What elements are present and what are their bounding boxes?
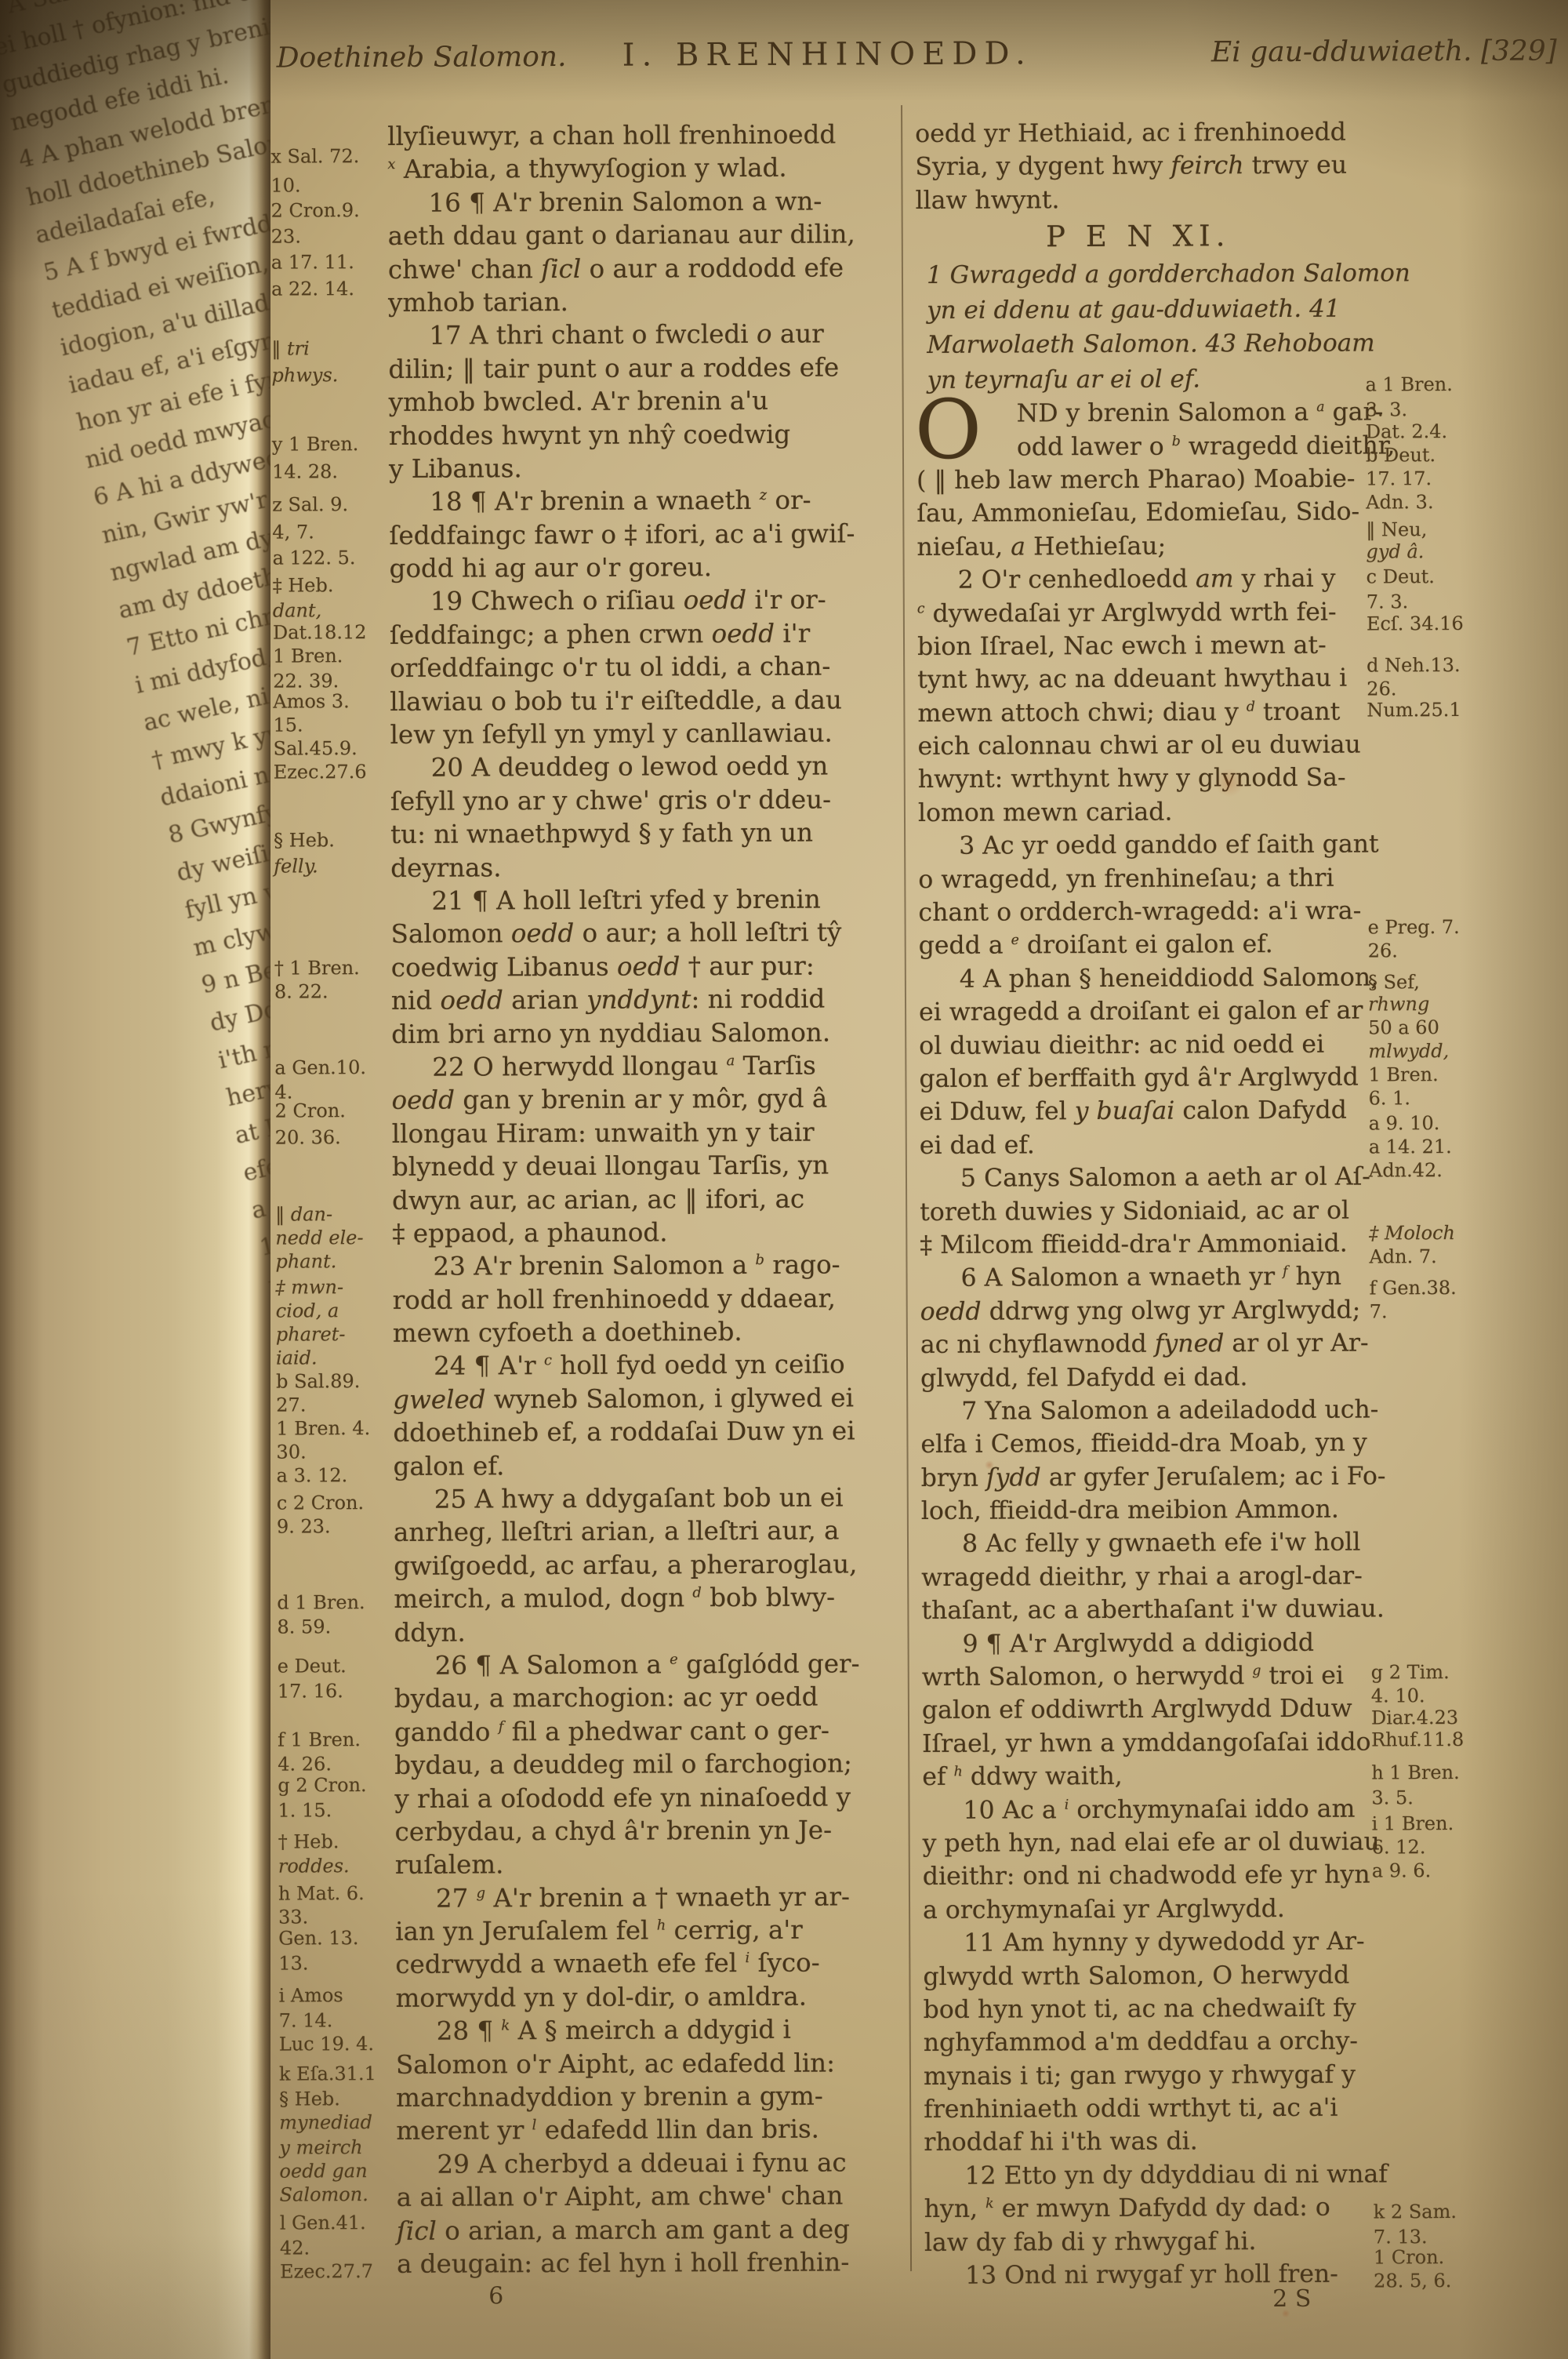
text-line: ian yn Jeruſalem fel h cerrig, a'r — [395, 1913, 913, 1948]
margin-note: dant, — [273, 600, 322, 621]
text-line: 6 A hi a ddywedodd wrth y bre- — [89, 398, 270, 518]
text-line: aeth ddau gant o darianau aur dilin, — [388, 217, 906, 253]
text-line: bydau, a deuddeg mil o farchogion; — [394, 1747, 912, 1782]
text-line: 27 g A'r brenin a † wnaeth yr ar- — [395, 1880, 913, 1915]
text-line: hwynt: wrthynt hwy y glynodd Sa- — [918, 761, 1363, 797]
text-line: dwyn aur, ac arian, ac ‖ ifori, ac — [392, 1182, 909, 1217]
margin-note: 3. 5. — [1371, 1787, 1414, 1808]
text-line: 1 Gwragedd a gordderchadon Salomon — [916, 256, 1361, 293]
text-line: 28 ¶ k A § meirch a ddygid i — [396, 2012, 913, 2048]
text-line: ymhob bwcled. A'r brenin a'u — [389, 383, 906, 419]
text-line: ſefyll yno ar y chwe' gris o'r ddeu- — [390, 783, 908, 818]
text-line: dy Dduw, yr hwn a'th hoffodd — [206, 924, 270, 1043]
margin-note: y 1 Bren. — [272, 434, 359, 455]
margin-note: 28. 5, 6. — [1374, 2270, 1451, 2292]
margin-note: ‖ Neu, — [1366, 519, 1427, 540]
text-line: law dy fab di y rhwygaf hi. — [924, 2224, 1370, 2259]
text-line: ddyn. — [394, 1614, 911, 1649]
margin-note: † 1 Bren. — [274, 958, 360, 979]
text-line: guddiedig rhag y brenin a'r ni fy- — [0, 0, 270, 104]
text-line: llongau Hiram: unwaith yn y tair — [392, 1115, 909, 1150]
text-line: 10 Ac a i orchymynaſai iddo am — [922, 1792, 1367, 1827]
text-line: 8 Ac felly y gwnaeth efe i'w holl — [921, 1526, 1367, 1561]
margin-note: g 2 Tim. — [1371, 1662, 1450, 1683]
text-line: idogion, a'u dillad hwynt, a'i — [56, 248, 270, 367]
margin-note: Gen. 13. — [278, 1928, 358, 1949]
text-line: oedd gan y brenin ar y môr, gyd â — [391, 1081, 909, 1117]
margin-note: 4. 10. — [1371, 1685, 1425, 1707]
text-line: nieſau, a Hethieſau; — [916, 529, 1362, 564]
text-line: wrth Salomon, o herwydd g troi ei — [922, 1659, 1367, 1695]
text-line: o wragedd, yn frenhineſau; a thri — [918, 861, 1363, 896]
margin-note: h 1 Bren. — [1371, 1762, 1460, 1783]
text-line: 3 Ac yr oedd ganddo ef ſaith gant — [918, 828, 1363, 863]
margin-note: 7. — [1370, 1301, 1388, 1322]
margin-note: Diar.4.23 — [1371, 1707, 1458, 1728]
text-line: ef h ddwy waith, — [922, 1759, 1367, 1794]
text-line: ei holl † ofynion: nid oedd dim — [0, 0, 270, 67]
margin-note: f Gen.38. — [1370, 1278, 1457, 1299]
text-line: 11 Am hynny y dywedodd yr Ar- — [923, 1925, 1368, 1961]
margin-note: 50 a 60 — [1368, 1017, 1439, 1038]
text-line: i'th roddi ar o deyrn-gadair Iſrael — [215, 961, 270, 1080]
margin-note: 14. 28. — [272, 461, 338, 482]
margin-note: rhwng — [1368, 994, 1429, 1015]
margin-note: roddes. — [278, 1856, 350, 1877]
text-line: 12 Etto yn dy ddyddiau di ni wnaf — [924, 2157, 1369, 2193]
margin-note: Adn.42. — [1369, 1160, 1443, 1181]
margin-note: † Heb. — [278, 1831, 339, 1852]
margin-note: a 22. 14. — [271, 278, 354, 300]
margin-note: 7. 14. — [279, 2010, 333, 2031]
margin-note: 13. — [278, 1953, 308, 1974]
text-line: efe di yn frenin, i p wneuthur barn — [239, 1074, 270, 1193]
text-line: loch, ffieidd-dra meibion Ammon. — [921, 1493, 1367, 1528]
text-line: i mi ddyfod, ac i'm llygaid — [132, 586, 270, 705]
margin-note: ‖ dan- — [275, 1204, 332, 1225]
text-line: 18 ¶ A'r brenin a wnaeth z or- — [389, 483, 906, 518]
text-line: frenhiniaeth oddi wrthyt ti, ac a'i — [924, 2092, 1369, 2127]
margin-note: phwys. — [271, 365, 338, 386]
text-line: 7 Etto ni chredais y geiriau, i — [123, 548, 270, 667]
margin-note: Adn. 3. — [1366, 492, 1433, 513]
text-line: nid oedd arian ynddynt: ni roddid — [391, 982, 909, 1017]
margin-note: k 2 Sam. — [1374, 2201, 1457, 2223]
margin-note: a 9. 10. — [1369, 1113, 1440, 1134]
text-line: orſeddfaingc o'r tu ol iddi, a chan- — [390, 649, 907, 685]
margin-note: pharet- — [276, 1324, 346, 1345]
margin-note: 8. 59. — [277, 1616, 331, 1637]
margin-note: h Mat. 6. — [278, 1883, 365, 1904]
margin-note: a 1 Bren. — [1366, 374, 1453, 395]
margin-note: felly. — [274, 856, 318, 877]
text-line: galon ef. — [393, 1448, 910, 1483]
text-line: 3 A Salomon a fynegodd iddi — [0, 0, 270, 30]
text-line: bod hyn ynot ti, ac na chedwaiſt fy — [924, 1991, 1369, 2026]
text-line: 25 A hwy a ddygaſant bob un ei — [394, 1481, 911, 1516]
margin-note: 17. 17. — [1366, 468, 1432, 489]
curled-page-text: oll oedd e yn ei chalon, a ddaeth3 A Sal… — [0, 0, 270, 2243]
text-line: oedd ddrwg yng olwg yr Arglwydd; — [920, 1293, 1366, 1329]
text-line: a deugain: ac fel hyn i holl frenhin- — [397, 2245, 914, 2281]
text-line: chant o ordderch-wragedd: a'i wra- — [918, 895, 1363, 930]
margin-note: 22. 39. — [273, 671, 339, 692]
text-line: coedwig Libanus oedd † aur pur: — [391, 949, 909, 984]
text-line: tu: ni wnaethpwyd § y fath yn un — [390, 816, 908, 851]
text-line: 16 ¶ A'r brenin Salomon a wn- — [387, 184, 905, 220]
text-line: ruſalem. — [395, 1846, 913, 1881]
text-line: 29 A cherbyd a ddeuai i fynu ac — [396, 2146, 913, 2181]
text-line: ngwlad am dy ymadroddion di, — [107, 474, 270, 593]
margin-note: 30. — [276, 1441, 306, 1463]
margin-note: Dat.18.12 — [273, 622, 367, 644]
text-line: toreth duwies y Sidoniaid, ac ar ol — [920, 1194, 1365, 1229]
text-line: y peth hyn, nad elai efe ar ol duwiau — [923, 1825, 1368, 1860]
text-line: Salomon oedd o aur; a holl leſtri tŷ — [391, 915, 909, 951]
text-line: marchnadyddion y brenin a gym- — [396, 2079, 913, 2114]
text-line: 5 Canys Salomon a aeth ar ol Aſ- — [920, 1161, 1365, 1196]
text-line: Syria, y dygent hwy feirch trwy eu — [915, 149, 1360, 184]
text-line: glwydd, fel Dafydd ei dad. — [920, 1360, 1366, 1395]
text-line: † mwy k yw dy ddoethineb a'th — [148, 661, 270, 780]
text-line: Iſrael, yr hwn a ymddangoſaſai iddo — [922, 1725, 1367, 1761]
text-line: chwe' chan ſicl o aur a roddodd efe — [388, 251, 906, 286]
text-line: morwydd yn y dol-dir, o amldra. — [395, 1979, 913, 2015]
text-line: mewn attoch chwi; diau y d troant — [917, 695, 1363, 730]
text-line: 23 A'r brenin Salomon a b rago- — [392, 1248, 909, 1283]
signature-mark-left: 6 — [488, 2282, 503, 2310]
text-line: ei dad ef. — [920, 1127, 1365, 1162]
text-line: dim bri arno yn nyddiau Salomon. — [391, 1016, 909, 1051]
margin-note: i Amos — [278, 1985, 343, 2006]
margin-note: ‡ Heb. — [273, 575, 334, 596]
text-line: ‡ eppaod, a phaunod. — [392, 1215, 909, 1250]
margin-note: c Deut. — [1367, 566, 1435, 587]
margin-note: 1. 15. — [278, 1800, 332, 1821]
text-line: ei wragedd a droiſant ei galon ef ar — [919, 994, 1364, 1030]
text-line: merent yr l edafedd llin dan bris. — [396, 2112, 913, 2147]
text-line: nid oedd mwyach yſpryd ynddi. — [82, 361, 270, 480]
text-line: gwiſgoedd, ac arfau, a pheraroglau, — [394, 1547, 911, 1583]
curled-previous-page: oll oedd e yn ei chalon, a ddaeth3 A Sal… — [0, 0, 270, 2359]
text-line: Salomon o'r Aipht, ac edafedd lin: — [396, 2046, 913, 2081]
text-line: a chyfiawnder. — [248, 1111, 270, 1230]
margin-note: oedd gan — [279, 2161, 367, 2182]
text-line: y Libanus. — [389, 450, 906, 485]
margin-note: 1 Cron. — [1374, 2247, 1444, 2268]
text-line: rodd ar holl frenhinoedd y ddaear, — [393, 1281, 910, 1317]
left-text-column: llyſieuwyr, a chan holl frenhinoeddx Ara… — [387, 118, 914, 2281]
text-line: ſeddfaingc; a phen crwn oedd i'r — [390, 616, 907, 652]
margin-note: mlwydd, — [1368, 1041, 1449, 1062]
margin-note: y meirch — [279, 2137, 362, 2158]
margin-note: i 1 Bren. — [1372, 1813, 1454, 1834]
text-line: deyrnas. — [390, 849, 908, 885]
margin-note: d 1 Bren. — [277, 1592, 365, 1613]
text-line: ſau, Ammonieſau, Edomieſau, Sido- — [916, 496, 1362, 531]
margin-note: § Heb. — [279, 2088, 340, 2110]
margin-note: 8. 22. — [274, 981, 328, 1002]
text-line: dieithr: ond ni chadwodd efe yr hyn — [923, 1859, 1368, 1894]
text-line: odd lawer o b wragedd dieithr, — [916, 429, 1362, 464]
text-line: 24 ¶ A'r c holl fyd oedd yn ceiſio — [393, 1348, 910, 1383]
text-line: galon ef berffaith gyd â'r Arglwydd — [919, 1061, 1364, 1096]
margin-note: Num.25.1 — [1367, 700, 1461, 722]
margin-note: phant. — [275, 1251, 336, 1272]
text-line: ganddo f fil a phedwar cant o ger- — [394, 1714, 912, 1749]
text-line: ei Dduw, fel y buaſai calon Dafydd — [920, 1094, 1365, 1129]
margin-note: a 17. 11. — [271, 252, 354, 273]
text-line: Marwolaeth Salomon. 43 Rehoboam — [916, 326, 1361, 363]
text-line: galon ef oddiwrth Arglwydd Dduw — [922, 1692, 1367, 1728]
margin-note: 7. 3. — [1367, 591, 1409, 612]
margin-note: ‡ mwn- — [276, 1277, 344, 1298]
margin-note: e Deut. — [278, 1656, 347, 1677]
margin-note: d Neh.13. — [1367, 655, 1461, 677]
text-line: 21 ¶ A holl leſtri yfed y brenin — [390, 882, 908, 918]
margin-note: a 122. 5. — [272, 547, 355, 569]
running-head-title: I. BRENHINOEDD. — [622, 35, 1033, 73]
margin-note: 20. 36. — [275, 1127, 341, 1148]
margin-note: 1 Bren. 4. — [276, 1418, 370, 1440]
right-margin-notes: a 1 Bren.3. 3.Dat. 2.4.b Deut.17. 17.Adn… — [1359, 0, 1568, 2357]
text-line: llawiau o bob tu i'r eiſteddle, a dau — [390, 683, 907, 718]
text-line: at Iſrael yn dragywydd, y goſod — [231, 1036, 270, 1155]
text-line: r chwech ugain talent o aur, a pher- — [264, 1186, 270, 1305]
text-line: 4 A phan § heneiddiodd Salomon, — [919, 961, 1364, 996]
text-line: 6 A Salomon a wnaeth yr f hyn — [920, 1260, 1365, 1296]
text-line: lew yn ſefyll yn ymyl y canllawiau. — [390, 716, 907, 751]
margin-note: a 3. 12. — [277, 1465, 348, 1486]
text-line: elfa i Cemos, ffieidd-dra Moab, yn y — [920, 1427, 1366, 1462]
margin-note: Rhuf.11.8 — [1371, 1729, 1464, 1751]
text-line: blynedd y deuai llongau Tarſis, yn — [392, 1148, 909, 1183]
text-line: adeiladaſai efe, — [31, 136, 270, 255]
text-line: nin, Gwir yw'r gair a glywais yn — [98, 436, 270, 555]
text-line: rhoddaf hi i'th was di. — [924, 2125, 1369, 2160]
margin-note: 4, 7. — [272, 522, 314, 543]
text-line: dy weiſion hyn, y l rhai ſydd yn — [173, 773, 270, 892]
text-line: P E N XI. — [916, 216, 1361, 258]
text-line: 10 A hi a q roddes i'r brenin — [256, 1149, 270, 1268]
text-line: 17 A thri chant o fwcledi o aur — [388, 317, 906, 352]
text-line: ſicl o arian, a march am gant a deg — [397, 2212, 914, 2248]
margin-note: 1 Bren. — [1368, 1064, 1438, 1085]
text-line: thaſant, ac a aberthaſant i'w duwiau. — [921, 1593, 1367, 1628]
margin-note: 23. — [271, 226, 301, 247]
text-line: ddoethineb ef, a roddaſai Duw yn ei — [393, 1414, 910, 1449]
text-line: ‡ Milcom ffieidd-dra'r Ammoniaid. — [920, 1227, 1365, 1262]
margin-note: Amos 3. — [273, 691, 350, 712]
text-line: ol duwiau dieithr: ac nid oedd ei — [919, 1027, 1364, 1063]
text-line: negodd efe iddi hi. — [6, 23, 270, 142]
margin-note: iaid. — [276, 1347, 318, 1369]
text-line: 22 O herwydd llongau a Tarſis — [391, 1049, 909, 1084]
text-line: ddaioni nâ'r glod a glywais i. — [156, 699, 270, 818]
text-line: rhoddes hwynt yn nhŷ coedwig — [389, 417, 906, 453]
margin-note: e Preg. 7. — [1368, 917, 1460, 939]
margin-note: b Deut. — [1366, 445, 1436, 466]
margin-note: f 1 Bren. — [278, 1729, 361, 1750]
text-line: nghyfammod a'm deddfau a orchy- — [924, 2025, 1369, 2060]
margin-note: 3. 3. — [1366, 399, 1408, 420]
margin-note: l Gen.41. — [280, 2212, 366, 2234]
text-line: anrheg, lleſtri arian, a lleſtri aur, a — [394, 1514, 911, 1549]
text-line: a orchymynaſai yr Arglwydd. — [923, 1892, 1368, 1927]
text-line: ND y brenin Salomon a a gar- — [916, 396, 1362, 431]
margin-note: § Heb. — [274, 830, 335, 851]
text-line: 26 ¶ A Salomon a e gaſglódd ger- — [394, 1647, 912, 1682]
text-line: ( ‖ heb law merch Pharao) Moabie- — [916, 462, 1362, 497]
text-line: bydau, a marchogion: ac yr oedd — [394, 1680, 912, 1715]
page-main: Doethineb Salomon. I. BRENHINOEDD. Ei ga… — [265, 0, 1568, 2359]
text-line: hyn, k er mwyn Dafydd dy dad: o — [924, 2191, 1370, 2226]
text-line: godd hi ag aur o'r goreu. — [390, 550, 907, 585]
text-line: ymhob tarian. — [388, 284, 906, 319]
margin-note: a Gen.10. — [274, 1057, 366, 1079]
text-line: mewn cyfoeth a doethineb. — [393, 1314, 910, 1350]
margin-note: Ezec.27.6 — [274, 761, 367, 783]
text-line: tynt hwy, ac na ddeuant hwythau i — [917, 662, 1363, 697]
text-line: c dywedaſai yr Arglwydd wrth fei- — [917, 595, 1363, 631]
margin-note: § Sef, — [1368, 972, 1420, 993]
text-line: a ai allan o'r Aipht, am chwe' chan — [397, 2179, 914, 2214]
text-line: yn teyrnaſu ar ei ol ef. — [916, 361, 1361, 398]
margin-note: 15. — [273, 714, 303, 736]
margin-note: 10. — [270, 175, 300, 196]
margin-note: Sal.45.9. — [274, 738, 358, 759]
text-line: wragedd dieithr, y rhai a arogl-dar- — [921, 1559, 1367, 1594]
margin-note: Adn. 7. — [1369, 1246, 1436, 1267]
text-line: ſeddfaingc fawr o ‡ ifori, ac a'i gwiſ- — [389, 517, 906, 552]
text-line: 9 ¶ A'r Arglwydd a ddigiodd — [921, 1626, 1367, 1661]
margin-note: 6. 12. — [1372, 1837, 1426, 1858]
margin-note: c 2 Cron. — [277, 1492, 364, 1514]
text-line: 5 A f bwyd ei fwrdd, ac ei- — [40, 173, 270, 293]
margin-note: 26. — [1368, 940, 1398, 961]
text-line: 19 Chwech o riſiau oedd i'r or- — [390, 583, 907, 619]
margin-note: ciod, a — [276, 1300, 339, 1321]
text-line: yn ei ddenu at gau-dduwiaeth. 41 — [916, 291, 1361, 328]
text-line: am dy ddoethineb. — [114, 511, 270, 630]
margin-note: 7. 13. — [1374, 2226, 1428, 2248]
text-line: x Arabia, a thywyſogion y wlad. — [387, 151, 905, 186]
text-line: gweled wyneb Salomon, i glywed ei — [393, 1381, 910, 1416]
text-line: llaw hwynt. — [915, 182, 1360, 217]
text-line: 4 A phan welodd brenhines Seba — [15, 60, 270, 180]
text-line: 8 Gwynfyd dy wyr di, gwyn- — [165, 736, 270, 855]
text-line: llyſieuwyr, a chan holl frenhinoedd — [387, 118, 905, 153]
margin-note: mynediad — [279, 2112, 372, 2134]
margin-note: Salomon. — [280, 2184, 368, 2205]
margin-note: nedd ele- — [275, 1227, 363, 1249]
left-margin-notes: x Sal. 72.10.2 Cron.9.23.a 17. 11.a 22. … — [265, 2, 394, 2359]
right-text-column: oedd yr Hethiaid, ac i frenhinoeddSyria,… — [915, 116, 1370, 2293]
margin-note: 9. 23. — [277, 1516, 331, 1537]
margin-note: 27. — [276, 1394, 306, 1416]
text-line: ac ni chyflawnodd fyned ar ol yr Ar- — [920, 1327, 1366, 1362]
margin-note: 6. 1. — [1368, 1088, 1410, 1109]
margin-note: 2 Cron.9. — [271, 200, 360, 221]
text-line: lomon mewn cariad. — [918, 794, 1363, 830]
text-line: bion Iſrael, Nac ewch i mewn at- — [917, 628, 1363, 663]
signature-mark-right: 2 S — [1272, 2285, 1311, 2313]
margin-note: 4. 26. — [278, 1754, 332, 1775]
margin-note: b Sal.89. — [276, 1371, 360, 1392]
text-line: gedd a e droiſant ei galon ef. — [919, 928, 1364, 963]
text-line: eich calonnau chwi ar ol eu duwiau — [918, 729, 1363, 764]
text-line: ac wele, ni fynegaſid i mi'r hanner — [140, 623, 270, 743]
text-line: 9 n Bendigedig fyddo'r Arglwydd — [198, 886, 270, 1005]
text-line: y rhai a oſododd efe yn ninaſoedd y — [394, 1780, 912, 1816]
text-line: teddiad ei weiſion, a threfn ei — [48, 211, 270, 330]
text-line: herwydd cariad yr Arglwydd — [223, 998, 270, 1118]
margin-note: 42. — [280, 2237, 310, 2259]
text-line: cedrwydd a wnaeth efe fel i ſyco- — [395, 1946, 913, 1982]
margin-note: 17. 16. — [278, 1681, 343, 1702]
text-line: oedd yr Hethiaid, ac i frenhinoedd — [915, 116, 1360, 151]
margin-note: Ezec.27.7 — [280, 2261, 373, 2283]
text-line: iadau ef, a'i eſgynfa, ar h hyd — [65, 285, 270, 405]
text-line: dilin; ‖ tair punt o aur a roddes efe — [388, 351, 906, 386]
text-line: 2 O'r cenhedloedd am y rhai y — [917, 562, 1363, 598]
text-line: hon yr ai efe i fynu i dŷ'r Arglwydd — [73, 323, 270, 442]
margin-note: a 9. 6. — [1372, 1860, 1431, 1881]
margin-note: Dat. 2.4. — [1366, 421, 1447, 442]
text-line: meirch, a mulod, dogn d bob blwy- — [394, 1580, 911, 1616]
margin-note: Ecſ. 34.16 — [1367, 613, 1464, 635]
margin-note: x Sal. 72. — [270, 146, 359, 167]
text-line: bryn ſydd ar gyfer Jeruſalem; ac i Fo- — [921, 1459, 1367, 1495]
margin-note: 1 Bren. — [273, 645, 343, 667]
margin-note: g 2 Cron. — [278, 1775, 366, 1796]
text-line: holl ddoethineb Salomon, a'r tŷ — [24, 98, 270, 217]
book-page-photo: oll oedd e yn ei chalon, a ddaeth3 A Sal… — [0, 0, 1568, 2359]
text-line: glwydd wrth Salomon, O herwydd — [923, 1958, 1368, 1994]
margin-note: k Eſa.31.1 — [279, 2063, 376, 2085]
margin-note: ‖ tri — [271, 338, 310, 359]
margin-note: 26. — [1367, 678, 1396, 700]
text-line: 20 A deuddeg o lewod oedd yn — [390, 749, 908, 784]
margin-note: 33. — [278, 1906, 308, 1928]
text-line: cerbydau, a chyd â'r brenin yn Je- — [395, 1813, 913, 1848]
text-line: 7 Yna Salomon a adeiladodd uch- — [920, 1393, 1366, 1428]
text-line: fyll yn waſtadol ger dy fron di, — [181, 811, 270, 930]
margin-note: z Sal. 9. — [272, 494, 348, 515]
margin-note: Luc 19. 4. — [279, 2034, 374, 2055]
text-line: m clywed dy ddoethineb. — [190, 849, 270, 968]
margin-note: a 14. 21. — [1369, 1136, 1452, 1158]
margin-note: ‡ Moloch — [1369, 1223, 1455, 1244]
margin-note: gyd â. — [1366, 541, 1424, 562]
text-line: mynais i ti; gan rwygo y rhwygaf y — [924, 2058, 1369, 2093]
margin-note: 2 Cron. — [275, 1100, 346, 1121]
